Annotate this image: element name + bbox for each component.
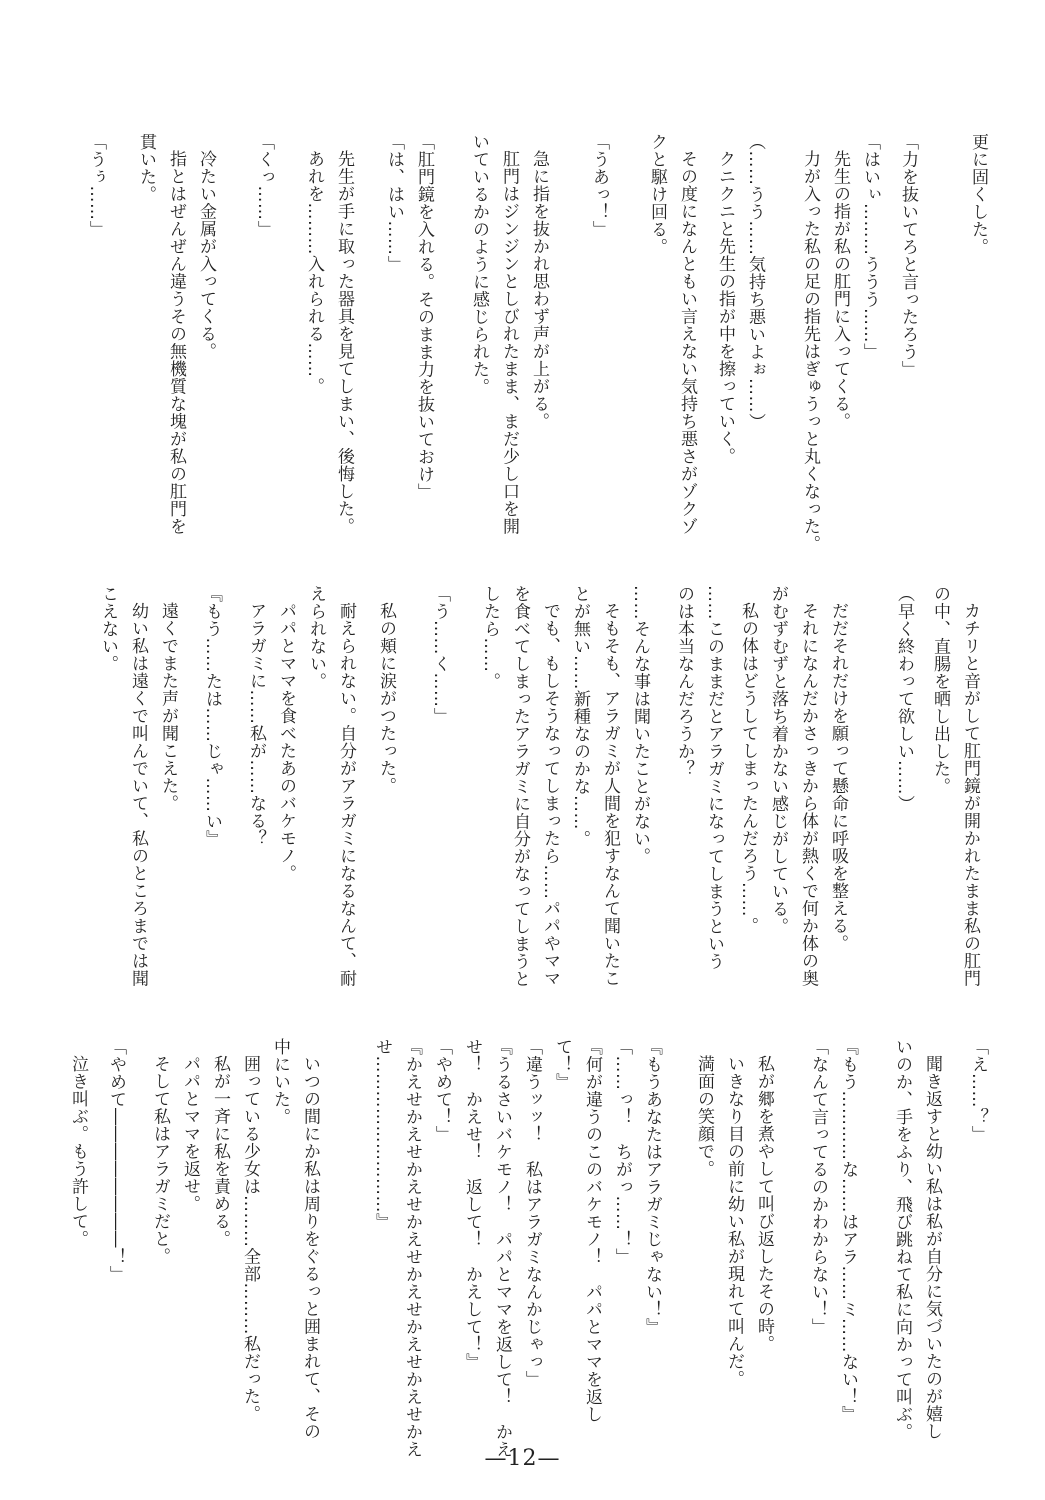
text-line: ……このままだとアラガミになってしまうという [699,585,729,1010]
text-line: 幼い私は遠くで叫んでいて、私のところまでは聞 [123,585,153,1010]
text-line: パパとママを食べたあのバケモノ。 [271,585,301,1010]
text-line: 「力を抜いてろと言ったろう」 [893,133,923,558]
text-line: 泣き叫ぶ。もう許して。 [63,1038,93,1463]
text-line: 「はいぃ………ううう……」 [855,133,885,558]
text-line: 「やめて！」 [427,1038,457,1463]
text-line: クニクニと先生の指が中を擦っていく。 [710,133,740,558]
text-line: 『もう……たは……じゃ……い』 [197,585,227,1010]
text-line: だだそれだけを願って懸命に呼吸を整える。 [823,585,853,1010]
text-line: そして私はアラガミだと。 [145,1038,175,1463]
text-line: （早く終わって欲しい……） [889,585,919,1010]
text-line: 「え……？」 [963,1038,993,1463]
text-line: 先生の指が私の肛門に入ってくる。 [825,133,855,558]
text-line: のは本当なんだろうか？ [669,585,699,1010]
text-line: 肛門はジンジンとしびれたまま、まだ少し口を開 [494,133,524,558]
text-line: の中、直腸を晒し出した。 [925,585,955,1010]
text-line: 「肛門鏡を入れる。そのまま力を抜いておけ」 [409,133,439,558]
text-line: 更に固くした。 [963,133,993,558]
text-line: それになんだかさっきから体が熱くで何か体の奥 [793,585,823,1010]
text-line: を食べてしまったアラガミに自分がなってしまうと [505,585,535,1010]
text-line: でも、もしそうなってしまったら……パパやママ [535,585,565,1010]
text-line: あれを………入れられる……。 [299,133,329,558]
text-line: いつの間にか私は周りをぐるっと囲まれて、その [295,1038,325,1463]
text-line: 「……っ！ ちがっ……！」 [607,1038,637,1463]
text-line: 私の頬に涙がつたった。 [371,585,401,1010]
text-line: 聞き返すと幼い私は私が自分に気づいたのが嬉し [917,1038,947,1463]
text-line: 「やめて――――――――！」 [101,1038,131,1463]
text-line: 指とはぜんぜん違うその無機質な塊が私の肛門を [161,133,191,558]
text-line: クと駆け回る。 [642,133,672,558]
text-block-top: 更に固くした。「力を抜いてろと言ったろう」「はいぃ………ううう……」先生の指が私… [81,133,993,558]
text-line: 私が郷を煮やして叫び返したその時。 [749,1038,779,1463]
text-line: 力が入った私の足の指先はぎゅうっと丸くなった。 [795,133,825,558]
text-line: 『うるさいバケモノ！ パパとママを返して！ かえ [487,1038,517,1463]
text-line: （……うう……気持ち悪いよぉ……） [740,133,770,558]
text-line: とが無い……新種なのかな……。 [565,585,595,1010]
text-line: 私が一斉に私を責める。 [205,1038,235,1463]
text-line: 「うあっ！」 [584,133,614,558]
text-line: て！』 [547,1038,577,1463]
text-line: その度になんともい言えない気持ち悪さがゾクゾ [672,133,702,558]
text-block-bottom: 「え……？」聞き返すと幼い私は私が自分に気づいたのが嬉しいのか、手をふり、飛び跳… [63,1038,993,1463]
text-line: せ………………………』 [367,1038,397,1463]
text-line: ……そんな事は聞いたことがない。 [625,585,655,1010]
text-line: 貫いた。 [131,133,161,558]
text-line: えられない。 [301,585,331,1010]
text-line: したら……。 [475,585,505,1010]
text-line: 遠くでまた声が聞こえた。 [153,585,183,1010]
text-line: 『何が違うのこのバケモノ！ パパとママを返し [577,1038,607,1463]
text-line: カチリと音がして肛門鏡が開かれたまま私の肛門 [955,585,985,1010]
text-line: 『かえせかえせかえせかえせかえせかえせかえせかえ [397,1038,427,1463]
text-line: 「う……く……」 [425,585,455,1010]
text-line: 「は、はい……」 [379,133,409,558]
page-number: —12— [0,1446,1045,1471]
text-line: 私の体はどうしてしまったんだろう……。 [733,585,763,1010]
text-line: 『もう…………な……はアラ……ミ……ない！』 [833,1038,863,1463]
text-line: 冷たい金属が入ってくる。 [191,133,221,558]
text-line: 「うぅ……」 [81,133,111,558]
text-line: 『もうあなたはアラガミじゃない！』 [637,1038,667,1463]
text-line: 「くっ……」 [249,133,279,558]
text-line: いているかのように感じられた。 [464,133,494,558]
text-line: こえない。 [93,585,123,1010]
text-line: そもそも、アラガミが人間を犯すなんて聞いたこ [595,585,625,1010]
text-line: 「なんて言ってるのかわからない！」 [803,1038,833,1463]
text-line: 先生が手に取った器具を見てしまい、後悔した。 [329,133,359,558]
text-line: アラガミに……私が……なる？ [241,585,271,1010]
novel-page: 更に固くした。「力を抜いてろと言ったろう」「はいぃ………ううう……」先生の指が私… [0,0,1045,1500]
text-line: パパとママを返せ。 [175,1038,205,1463]
text-line: 耐えられない。自分がアラガミになるなんて、耐 [331,585,361,1010]
text-block-middle: カチリと音がして肛門鏡が開かれたまま私の肛門の中、直腸を晒し出した。（早く終わっ… [93,585,985,1010]
text-line: 中にいた。 [265,1038,295,1463]
text-line: がむずむずと落ち着かない感じがしている。 [763,585,793,1010]
text-line: 囲っている少女は………全部………私だった。 [235,1038,265,1463]
text-line: 「違うッッ！ 私はアラガミなんかじゃっ」 [517,1038,547,1463]
text-line: せ！ かえせ！ 返して！ かえして！』 [457,1038,487,1463]
text-line: いきなり目の前に幼い私が現れて叫んだ。 [719,1038,749,1463]
text-line: 満面の笑顔で。 [689,1038,719,1463]
text-line: 急に指を抜かれ思わず声が上がる。 [524,133,554,558]
text-line: いのか、手をふり、飛び跳ねて私に向かって叫ぶ。 [887,1038,917,1463]
